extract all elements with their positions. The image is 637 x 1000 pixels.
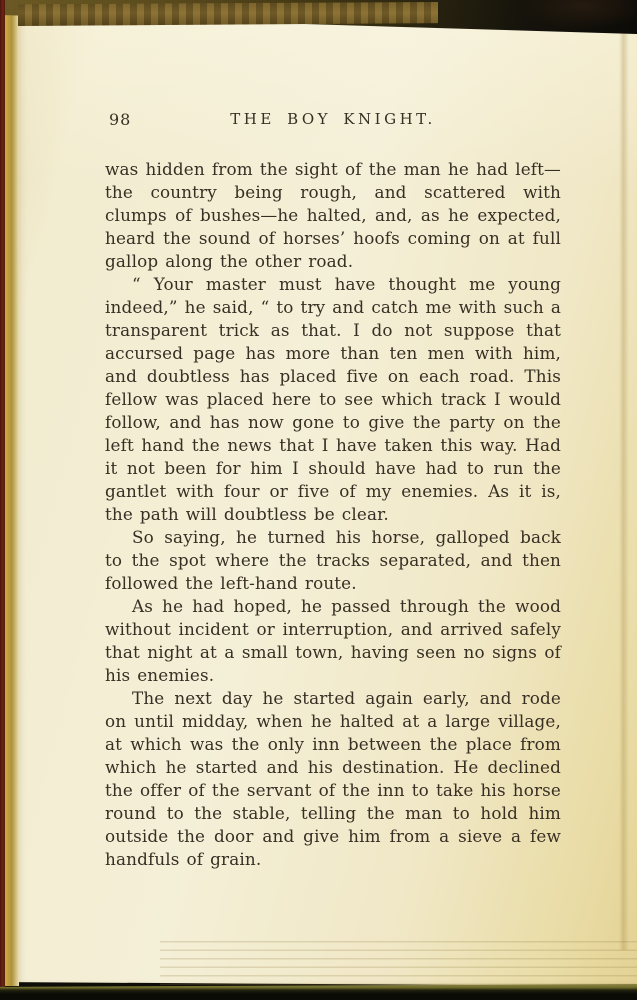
book-top-page-edges [18, 2, 438, 26]
printed-page-content: 98 THE BOY KNIGHT. was hidden from the s… [105, 110, 561, 871]
bottom-page-stack-edges [160, 934, 637, 986]
paragraph: As he had hoped, he passed through the w… [105, 595, 561, 687]
paragraph: was hidden from the sight of the man he … [105, 158, 561, 273]
top-right-shadow [517, 0, 637, 30]
page-right-crease [619, 30, 629, 950]
book-bottom-edge-shadow [0, 984, 637, 1000]
left-page-fore-edge [5, 6, 19, 986]
running-header: 98 THE BOY KNIGHT. [105, 110, 561, 134]
paragraph: So saying, he turned his horse, galloped… [105, 526, 561, 595]
scanned-book-photo: 98 THE BOY KNIGHT. was hidden from the s… [0, 0, 637, 1000]
paragraph: The next day he started again early, and… [105, 687, 561, 871]
running-title: THE BOY KNIGHT. [105, 110, 561, 128]
body-text: was hidden from the sight of the man he … [105, 158, 561, 871]
book-cover-spine-edge [0, 0, 5, 988]
paragraph: “ Your master must have thought me young… [105, 273, 561, 526]
